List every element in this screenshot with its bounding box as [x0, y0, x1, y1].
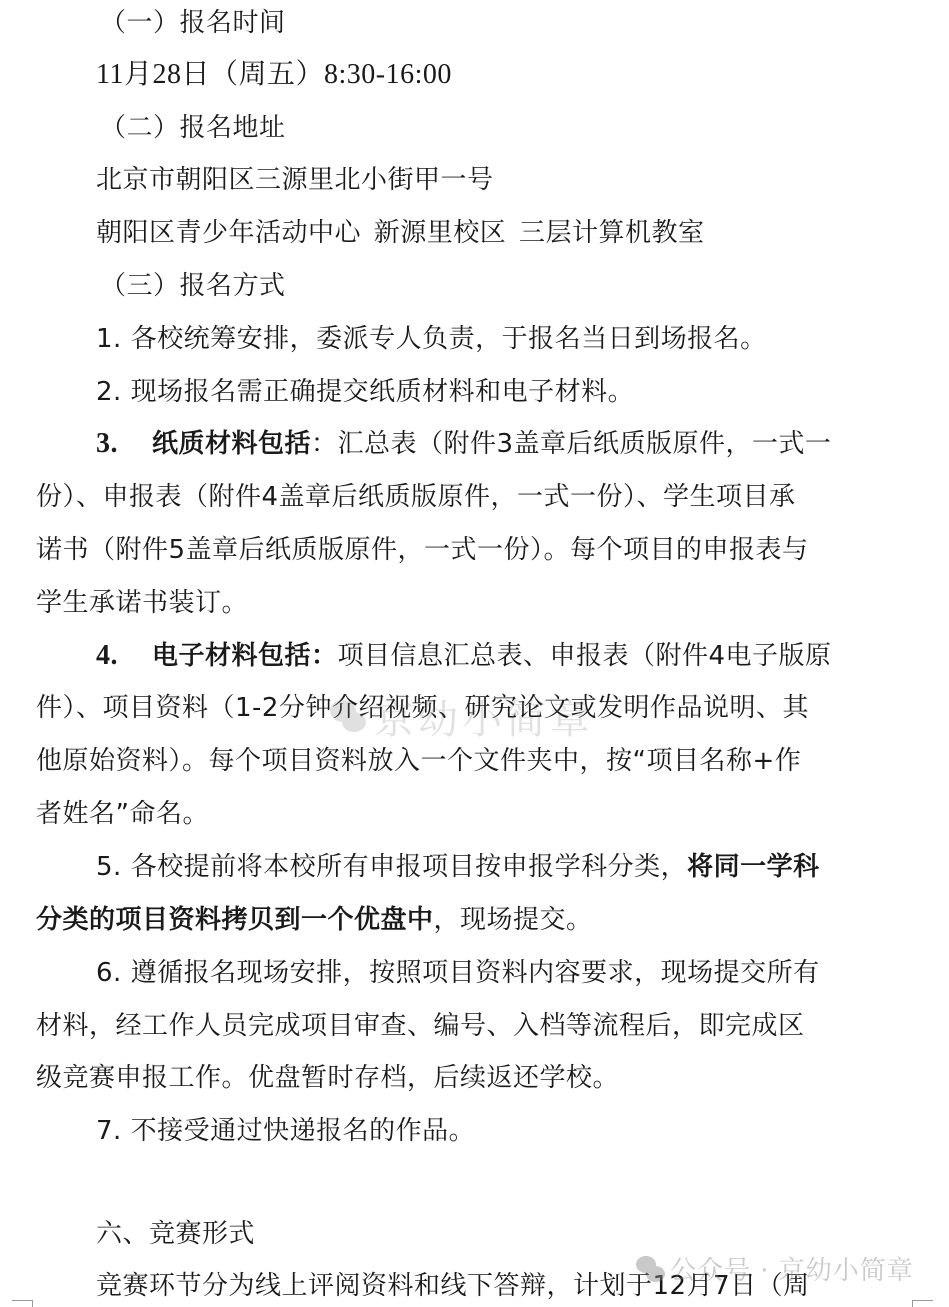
list-item-4-bold-label: 电子材料包括： [152, 641, 338, 671]
list-item-4-line-4: 者姓名”命名。 [36, 799, 209, 829]
list-item-5-text: 5. 各校提前将本校所有申报项目按申报学科分类， [96, 852, 687, 882]
list-item-6-line-1: 6. 遵循报名现场安排，按照项目资料内容要求，现场提交所有 [96, 958, 820, 988]
list-item-5-bold-1: 将同一学科 [687, 852, 820, 882]
section-heading-competition-format: 六、竞赛形式 [96, 1219, 255, 1249]
section-heading-registration-time: （一）报名时间 [100, 8, 286, 38]
registration-time-value: 11月28日（周五）8:30-16:00 [96, 60, 452, 90]
list-item-5-line-2: 分类的项目资料拷贝到一个优盘中，现场提交。 [36, 905, 593, 935]
list-item-5-tail: ，现场提交。 [434, 905, 593, 935]
list-item-4-text: 项目信息汇总表、申报表（附件4电子版原 [338, 641, 832, 671]
list-item-7: 7. 不接受通过快递报名的作品。 [96, 1116, 475, 1146]
list-item-4-line-2: 件）、项目资料（1-2分钟介绍视频、研究论文或发明作品说明、其 [36, 693, 809, 723]
list-item-3-number: 3. [96, 428, 118, 459]
list-item-3-line-2: 份）、申报表（附件4盖章后纸质版原件，一式一份）、学生项目承 [36, 482, 796, 512]
list-item-1: 1. 各校统筹安排，委派专人负责，于报名当日到场报名。 [96, 324, 767, 354]
competition-format-line-1: 竞赛环节分为线上评阅资料和线下答辩，计划于12月7日（周 [96, 1271, 810, 1301]
list-item-4-number: 4. [96, 640, 118, 671]
list-item-3-text: ：汇总表（附件3盖章后纸质版原件，一式一 [311, 429, 832, 459]
list-item-6-line-3: 级竞赛申报工作。优盘暂时存档，后续返还学校。 [36, 1063, 619, 1093]
address-line-1: 北京市朝阳区三源里北小街甲一号 [96, 165, 494, 195]
section-heading-registration-method: （三）报名方式 [100, 271, 286, 301]
list-item-5-line-1: 5. 各校提前将本校所有申报项目按申报学科分类，将同一学科 [96, 852, 820, 882]
list-item-4-line-3: 他原始资料）。每个项目资料放入一个文件夹中，按“项目名称+作 [36, 746, 801, 776]
page-corner-mark-left [12, 1300, 33, 1307]
list-item-5-bold-2: 分类的项目资料拷贝到一个优盘中 [36, 905, 434, 935]
address-line-2: 朝阳区青少年活动中心 新源里校区 三层计算机教室 [96, 218, 705, 248]
list-item-2: 2. 现场报名需正确提交纸质材料和电子材料。 [96, 377, 634, 407]
list-item-4-line-1: 4.电子材料包括：项目信息汇总表、申报表（附件4电子版原 [96, 641, 832, 671]
list-item-3-line-4: 学生承诺书装订。 [36, 588, 248, 618]
list-item-3-line-1: 3.纸质材料包括：汇总表（附件3盖章后纸质版原件，一式一 [96, 429, 832, 459]
section-heading-registration-address: （二）报名地址 [100, 113, 286, 143]
page-corner-mark-right [912, 1300, 933, 1307]
list-item-6-line-2: 材料，经工作人员完成项目审查、编号、入档等流程后，即完成区 [36, 1011, 805, 1041]
list-item-3-bold-label: 纸质材料包括 [152, 429, 311, 459]
list-item-3-line-3: 诺书（附件5盖章后纸质版原件，一式一份）。每个项目的申报表与 [36, 535, 809, 565]
